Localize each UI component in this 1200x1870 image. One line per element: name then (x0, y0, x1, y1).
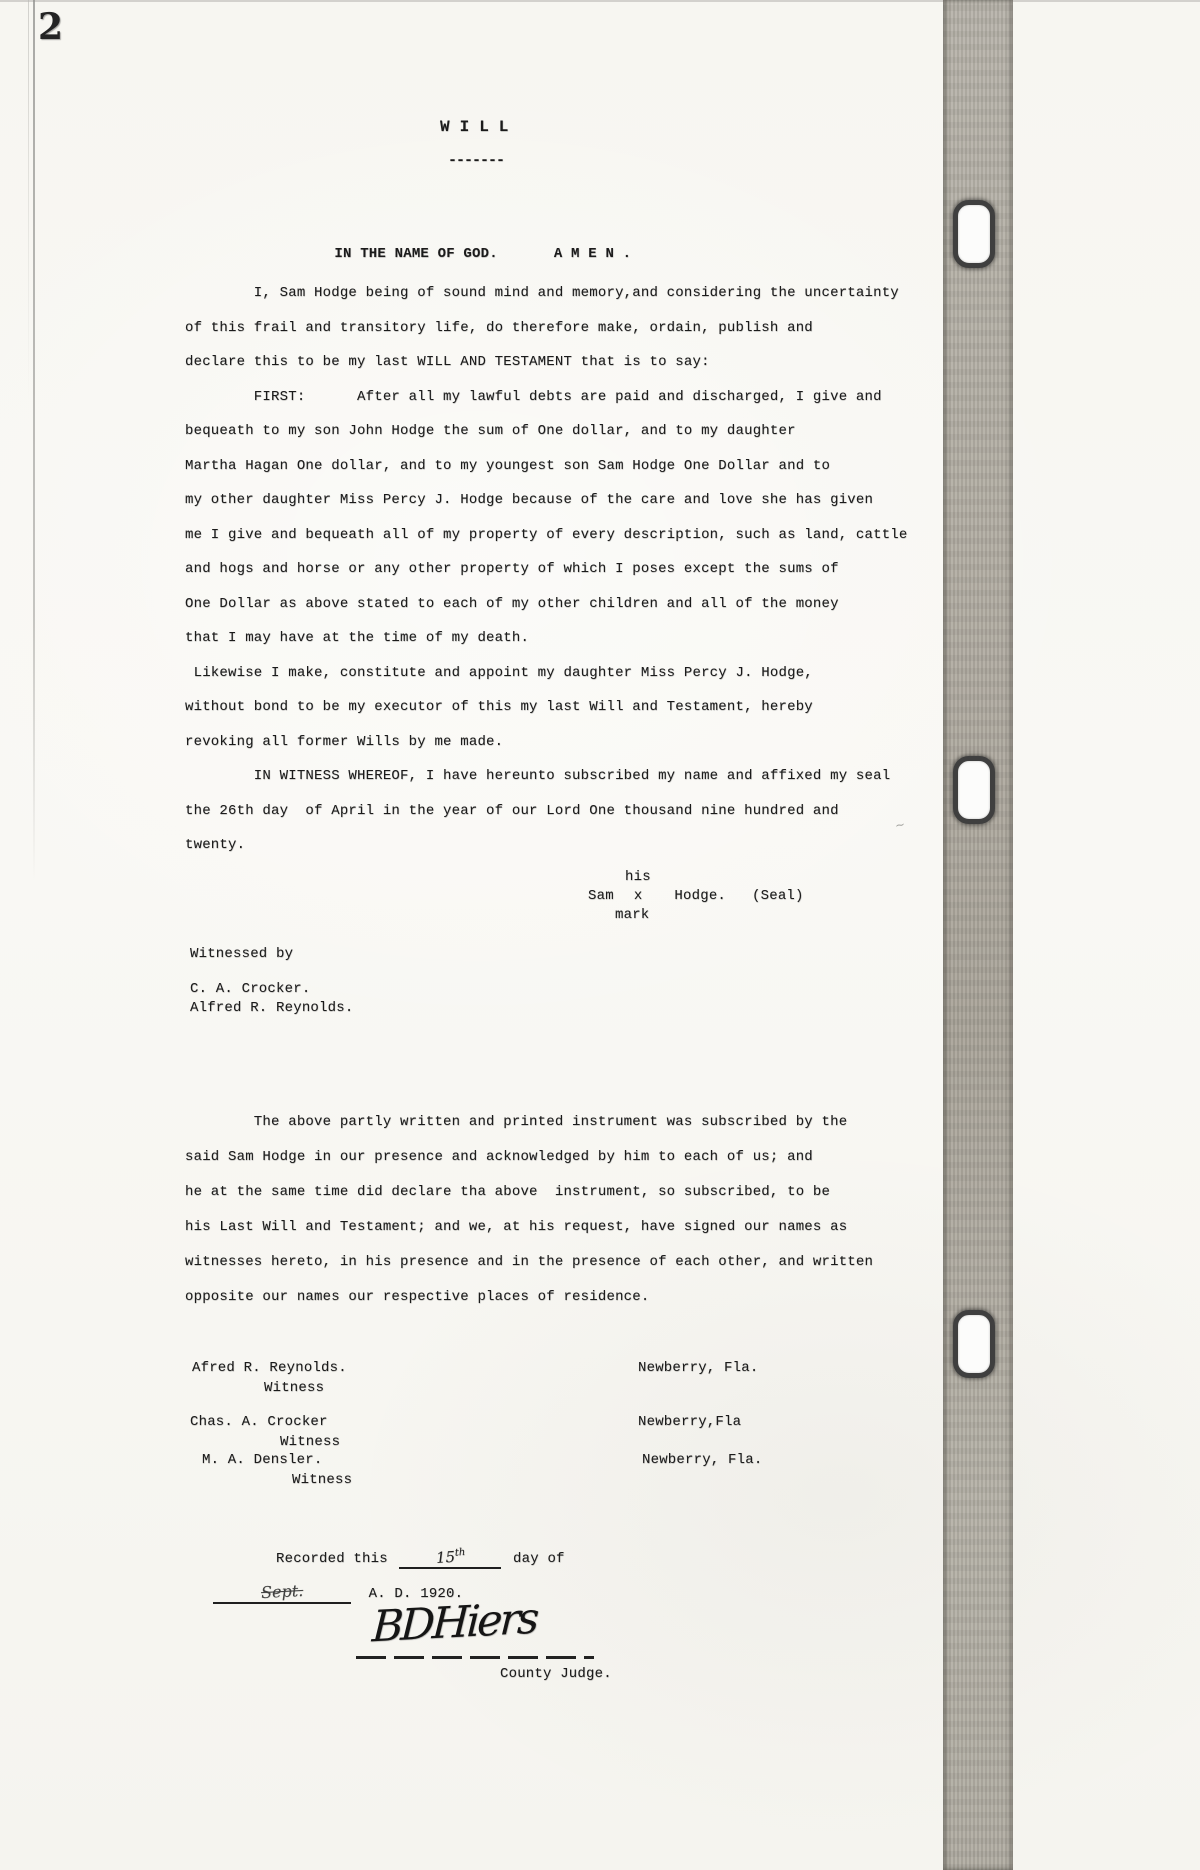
recorded-line: Recorded this 15th day of (276, 1548, 565, 1569)
mark-line: mark (588, 906, 804, 925)
page-left-edge-line-faint (28, 0, 29, 400)
body-line: One Dollar as above stated to each of my… (185, 587, 908, 622)
testator-signature-block: his SamxHodge.(Seal) mark (588, 868, 804, 925)
recorded-this-text: Recorded this (276, 1551, 388, 1567)
will-body-paragraph: I, Sam Hodge being of sound mind and mem… (185, 276, 908, 863)
page-number: 2 (38, 6, 63, 48)
his-word: his (625, 869, 651, 885)
amen-text: A M E N . (554, 246, 631, 262)
document-title: W I L L (440, 118, 509, 136)
seal-word: (Seal) (752, 888, 804, 904)
body-line: declare this to be my last WILL AND TEST… (185, 345, 908, 380)
judge-title: County Judge. (500, 1666, 612, 1682)
body-line: my other daughter Miss Percy J. Hodge be… (185, 483, 908, 518)
judge-signature-underline (356, 1656, 594, 1659)
attestation-line: he at the same time did declare tha abov… (185, 1175, 873, 1210)
witness-role: Witness (292, 1472, 352, 1488)
testator-first-name: Sam (588, 888, 614, 904)
binding-strip (943, 0, 1013, 1870)
judge-signature-handwritten: BDHiers (371, 1594, 538, 1653)
witness-residence: Newberry,Fla (638, 1414, 741, 1430)
name-seal-line: SamxHodge.(Seal) (588, 887, 804, 906)
punch-hole (953, 1310, 995, 1378)
witness-residence: Newberry, Fla. (638, 1360, 758, 1376)
body-line: revoking all former Wills by me made. (185, 725, 908, 760)
punch-hole (953, 756, 995, 824)
witness-name: Afred R. Reynolds. (192, 1360, 347, 1376)
title-underline-rule: ------- (448, 152, 504, 169)
witness-role: Witness (280, 1434, 340, 1450)
attestation-line: his Last Will and Testament; and we, at … (185, 1210, 873, 1245)
body-line: twenty. (185, 828, 908, 863)
scanned-will-page: 2 W I L L ------- IN THE NAME OF GOD.A M… (0, 0, 1200, 1870)
handwritten-month: Sept. (260, 1581, 303, 1602)
mark-word: mark (615, 907, 649, 923)
body-line: without bond to be my executor of this m… (185, 690, 908, 725)
scan-top-edge (0, 0, 1200, 2)
body-line: I, Sam Hodge being of sound mind and mem… (185, 276, 908, 311)
witness-role: Witness (264, 1380, 324, 1396)
witnessed-by-label: Witnessed by (190, 946, 293, 962)
body-line: Martha Hagan One dollar, and to my young… (185, 449, 908, 484)
his-line: his (588, 868, 804, 887)
witnessed-by-name: Alfred R. Reynolds. (190, 1000, 353, 1016)
body-line: bequeath to my son John Hodge the sum of… (185, 414, 908, 449)
witness-name: Chas. A. Crocker (190, 1414, 328, 1430)
body-line: me I give and bequeath all of my propert… (185, 518, 908, 553)
witnessed-by-name: C. A. Crocker. (190, 981, 310, 997)
witness-residence: Newberry, Fla. (642, 1452, 762, 1468)
invocation-line: IN THE NAME OF GOD.A M E N . (300, 230, 631, 278)
invocation-text: IN THE NAME OF GOD. (334, 246, 497, 262)
attestation-line: The above partly written and printed ins… (185, 1105, 873, 1140)
attestation-paragraph: The above partly written and printed ins… (185, 1105, 873, 1315)
body-line: Likewise I make, constitute and appoint … (185, 656, 908, 691)
testator-last-name: Hodge. (674, 888, 726, 904)
attestation-line: said Sam Hodge in our presence and ackno… (185, 1140, 873, 1175)
attestation-line: witnesses hereto, in his presence and in… (185, 1245, 873, 1280)
handwritten-day: 15th (435, 1547, 466, 1567)
body-line: the 26th day of April in the year of our… (185, 794, 908, 829)
month-blank-line: Sept. (213, 1582, 351, 1604)
body-line: and hogs and horse or any other property… (185, 552, 908, 587)
day-of-text: day of (513, 1551, 565, 1567)
attestation-line: opposite our names our respective places… (185, 1280, 873, 1315)
x-mark: x (634, 888, 643, 904)
body-line: of this frail and transitory life, do th… (185, 311, 908, 346)
body-line: FIRST: After all my lawful debts are pai… (185, 380, 908, 415)
punch-hole (953, 200, 995, 268)
body-line: that I may have at the time of my death. (185, 621, 908, 656)
body-line: IN WITNESS WHEREOF, I have hereunto subs… (185, 759, 908, 794)
day-blank-line: 15th (399, 1548, 501, 1569)
page-left-edge-line (33, 0, 35, 880)
witness-name: M. A. Densler. (202, 1452, 322, 1468)
